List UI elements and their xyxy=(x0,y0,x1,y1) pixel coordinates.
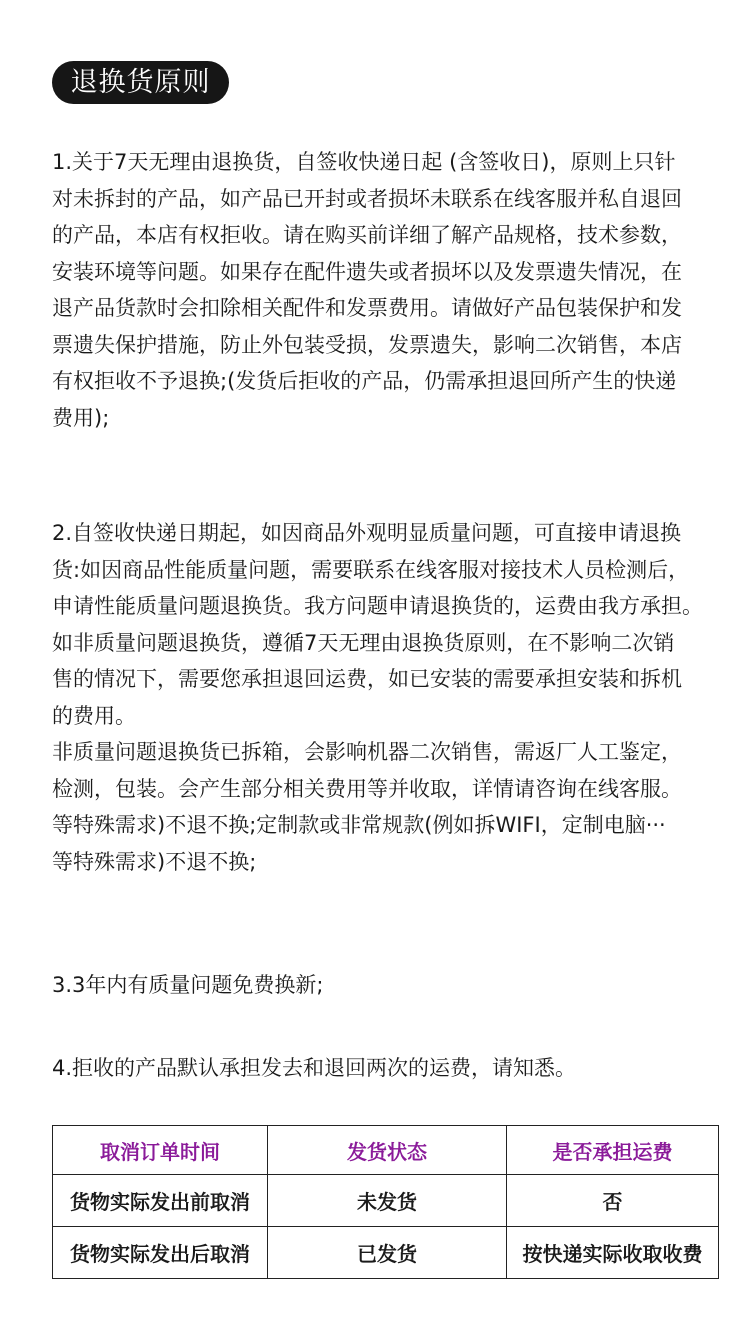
text-line: 退产品货款时会扣除相关配件和发票费用。请做好产品包装保护和发 xyxy=(52,290,732,327)
text-line: 等特殊需求)不退不换;定制款或非常规款(例如拆WIFI，定制电脑··· xyxy=(52,807,732,844)
column-header: 是否承担运费 xyxy=(507,1126,719,1175)
table-cell: 货物实际发出后取消 xyxy=(53,1227,268,1279)
text-line: 的产品，本店有权拒收。请在购买前详细了解产品规格，技术参数， xyxy=(52,217,732,254)
table-cell: 未发货 xyxy=(268,1175,507,1227)
column-header: 取消订单时间 xyxy=(53,1126,268,1175)
policy-paragraph-1: 1.关于7天无理由退换货，自签收快递日起 (含签收日)，原则上只针 对未拆封的产… xyxy=(52,144,732,436)
table-header-row: 取消订单时间 发货状态 是否承担运费 xyxy=(53,1126,719,1175)
shipping-fee-table: 取消订单时间 发货状态 是否承担运费 货物实际发出前取消 未发货 否 货物实际发… xyxy=(52,1125,719,1279)
text-line: 2.自签收快递日期起，如因商品外观明显质量问题，可直接申请退换 xyxy=(52,515,732,552)
text-line: 4.拒收的产品默认承担发去和退回两次的运费，请知悉。 xyxy=(52,1050,732,1087)
text-line: 非质量问题退换货已拆箱，会影响机器二次销售，需返厂人工鉴定， xyxy=(52,734,732,771)
text-line: 对未拆封的产品，如产品已开封或者损坏未联系在线客服并私自退回 xyxy=(52,181,732,218)
table-cell: 已发货 xyxy=(268,1227,507,1279)
text-line: 有权拒收不予退换;(发货后拒收的产品，仍需承担退回所产生的快递 xyxy=(52,363,732,400)
text-line: 票遗失保护措施，防止外包装受损，发票遗失，影响二次销售，本店 xyxy=(52,327,732,364)
column-header: 发货状态 xyxy=(268,1126,507,1175)
table-cell: 否 xyxy=(507,1175,719,1227)
text-line: 的费用。 xyxy=(52,698,732,735)
table-cell: 按快递实际收取收费 xyxy=(507,1227,719,1279)
text-line: 货:如因商品性能质量问题，需要联系在线客服对接技术人员检测后， xyxy=(52,552,732,589)
text-line: 3.3年内有质量问题免费换新; xyxy=(52,967,732,1004)
policy-paragraph-4: 4.拒收的产品默认承担发去和退回两次的运费，请知悉。 xyxy=(52,1050,732,1087)
text-line: 1.关于7天无理由退换货，自签收快递日起 (含签收日)，原则上只针 xyxy=(52,144,732,181)
text-line: 申请性能质量问题退换货。我方问题申请退换货的，运费由我方承担。 xyxy=(52,588,732,625)
text-line: 安装环境等问题。如果存在配件遗失或者损坏以及发票遗失情况，在 xyxy=(52,254,732,291)
policy-paragraph-3: 3.3年内有质量问题免费换新; xyxy=(52,967,732,1004)
table-row: 货物实际发出前取消 未发货 否 xyxy=(53,1175,719,1227)
table-cell: 货物实际发出前取消 xyxy=(53,1175,268,1227)
policy-paragraph-2: 2.自签收快递日期起，如因商品外观明显质量问题，可直接申请退换 货:如因商品性能… xyxy=(52,515,732,880)
text-line: 等特殊需求)不退不换; xyxy=(52,844,732,881)
text-line: 检测，包装。会产生部分相关费用等并收取，详情请咨询在线客服。 xyxy=(52,771,732,808)
table-row: 货物实际发出后取消 已发货 按快递实际收取收费 xyxy=(53,1227,719,1279)
section-title-badge: 退换货原则 xyxy=(52,61,229,104)
text-line: 售的情况下，需要您承担退回运费，如已安装的需要承担安装和拆机 xyxy=(52,661,732,698)
text-line: 如非质量问题退换货，遵循7天无理由退换货原则，在不影响二次销 xyxy=(52,625,732,662)
text-line: 费用); xyxy=(52,400,732,437)
